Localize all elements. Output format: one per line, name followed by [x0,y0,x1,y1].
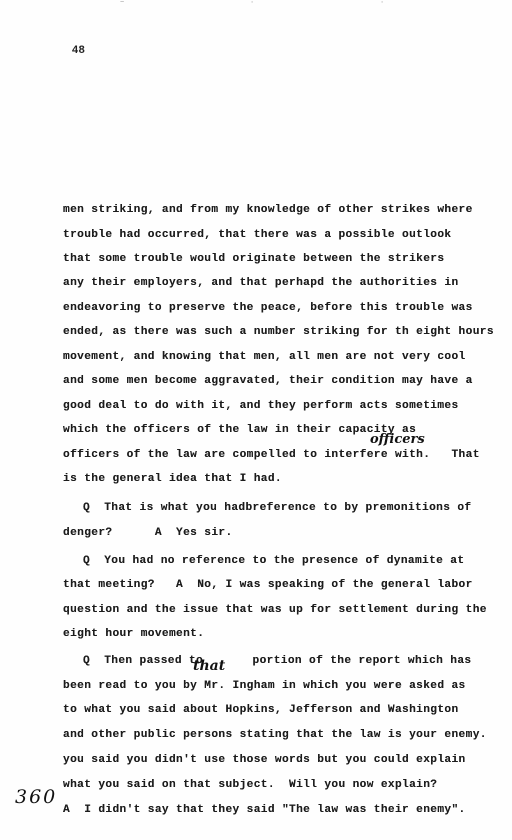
text-line: that some trouble would originate betwee… [63,253,444,265]
text-line: question and the issue that was up for s… [63,604,487,616]
text-line: Q Then passed to portion of the report w… [83,655,472,667]
text-line: is the general idea that I had. [63,473,282,485]
text-line: good deal to do with it, and they perfor… [63,400,459,412]
text-line: ended, as there was such a number striki… [63,326,494,338]
text-line: A I didn't say that they said "The law w… [63,804,466,816]
text-line: denger? A Yes sir. [63,527,233,539]
text-line: men striking, and from my knowledge of o… [63,204,473,216]
text-line: eight hour movement. [63,628,204,640]
text-line: Q That is what you hadbreference to by p… [83,502,472,514]
text-line: to what you said about Hopkins, Jefferso… [63,704,459,716]
scan-artifact: · [250,0,258,8]
text-line: you said you didn't use those words but … [63,754,466,766]
text-line: any their employers, and that perhapd th… [63,277,459,289]
handwritten-insertion-officers: officers [370,432,425,447]
scan-artifact: ~ [120,0,128,8]
text-line: movement, and knowing that men, all men … [63,351,466,363]
text-line: officers of the law are compelled to int… [63,449,480,461]
text-line: which the officers of the law in their c… [63,424,416,436]
page-number: 48 [72,44,85,56]
handwritten-insertion-that: that [193,658,225,674]
text-line: Q You had no reference to the presence o… [83,555,464,567]
text-line: endeavoring to preserve the peace, befor… [63,302,473,314]
scan-artifact: · [380,0,388,8]
document-page: ~ · · 48 men striking, and from my knowl… [0,0,512,840]
margin-annotation: 360 [15,786,57,808]
text-line: and some men become aggravated, their co… [63,375,473,387]
text-line: trouble had occurred, that there was a p… [63,229,452,241]
text-line: what you said on that subject. Will you … [63,779,437,791]
text-line: been read to you by Mr. Ingham in which … [63,680,466,692]
text-line: that meeting? A No, I was speaking of th… [63,579,473,591]
text-line: and other public persons stating that th… [63,729,487,741]
